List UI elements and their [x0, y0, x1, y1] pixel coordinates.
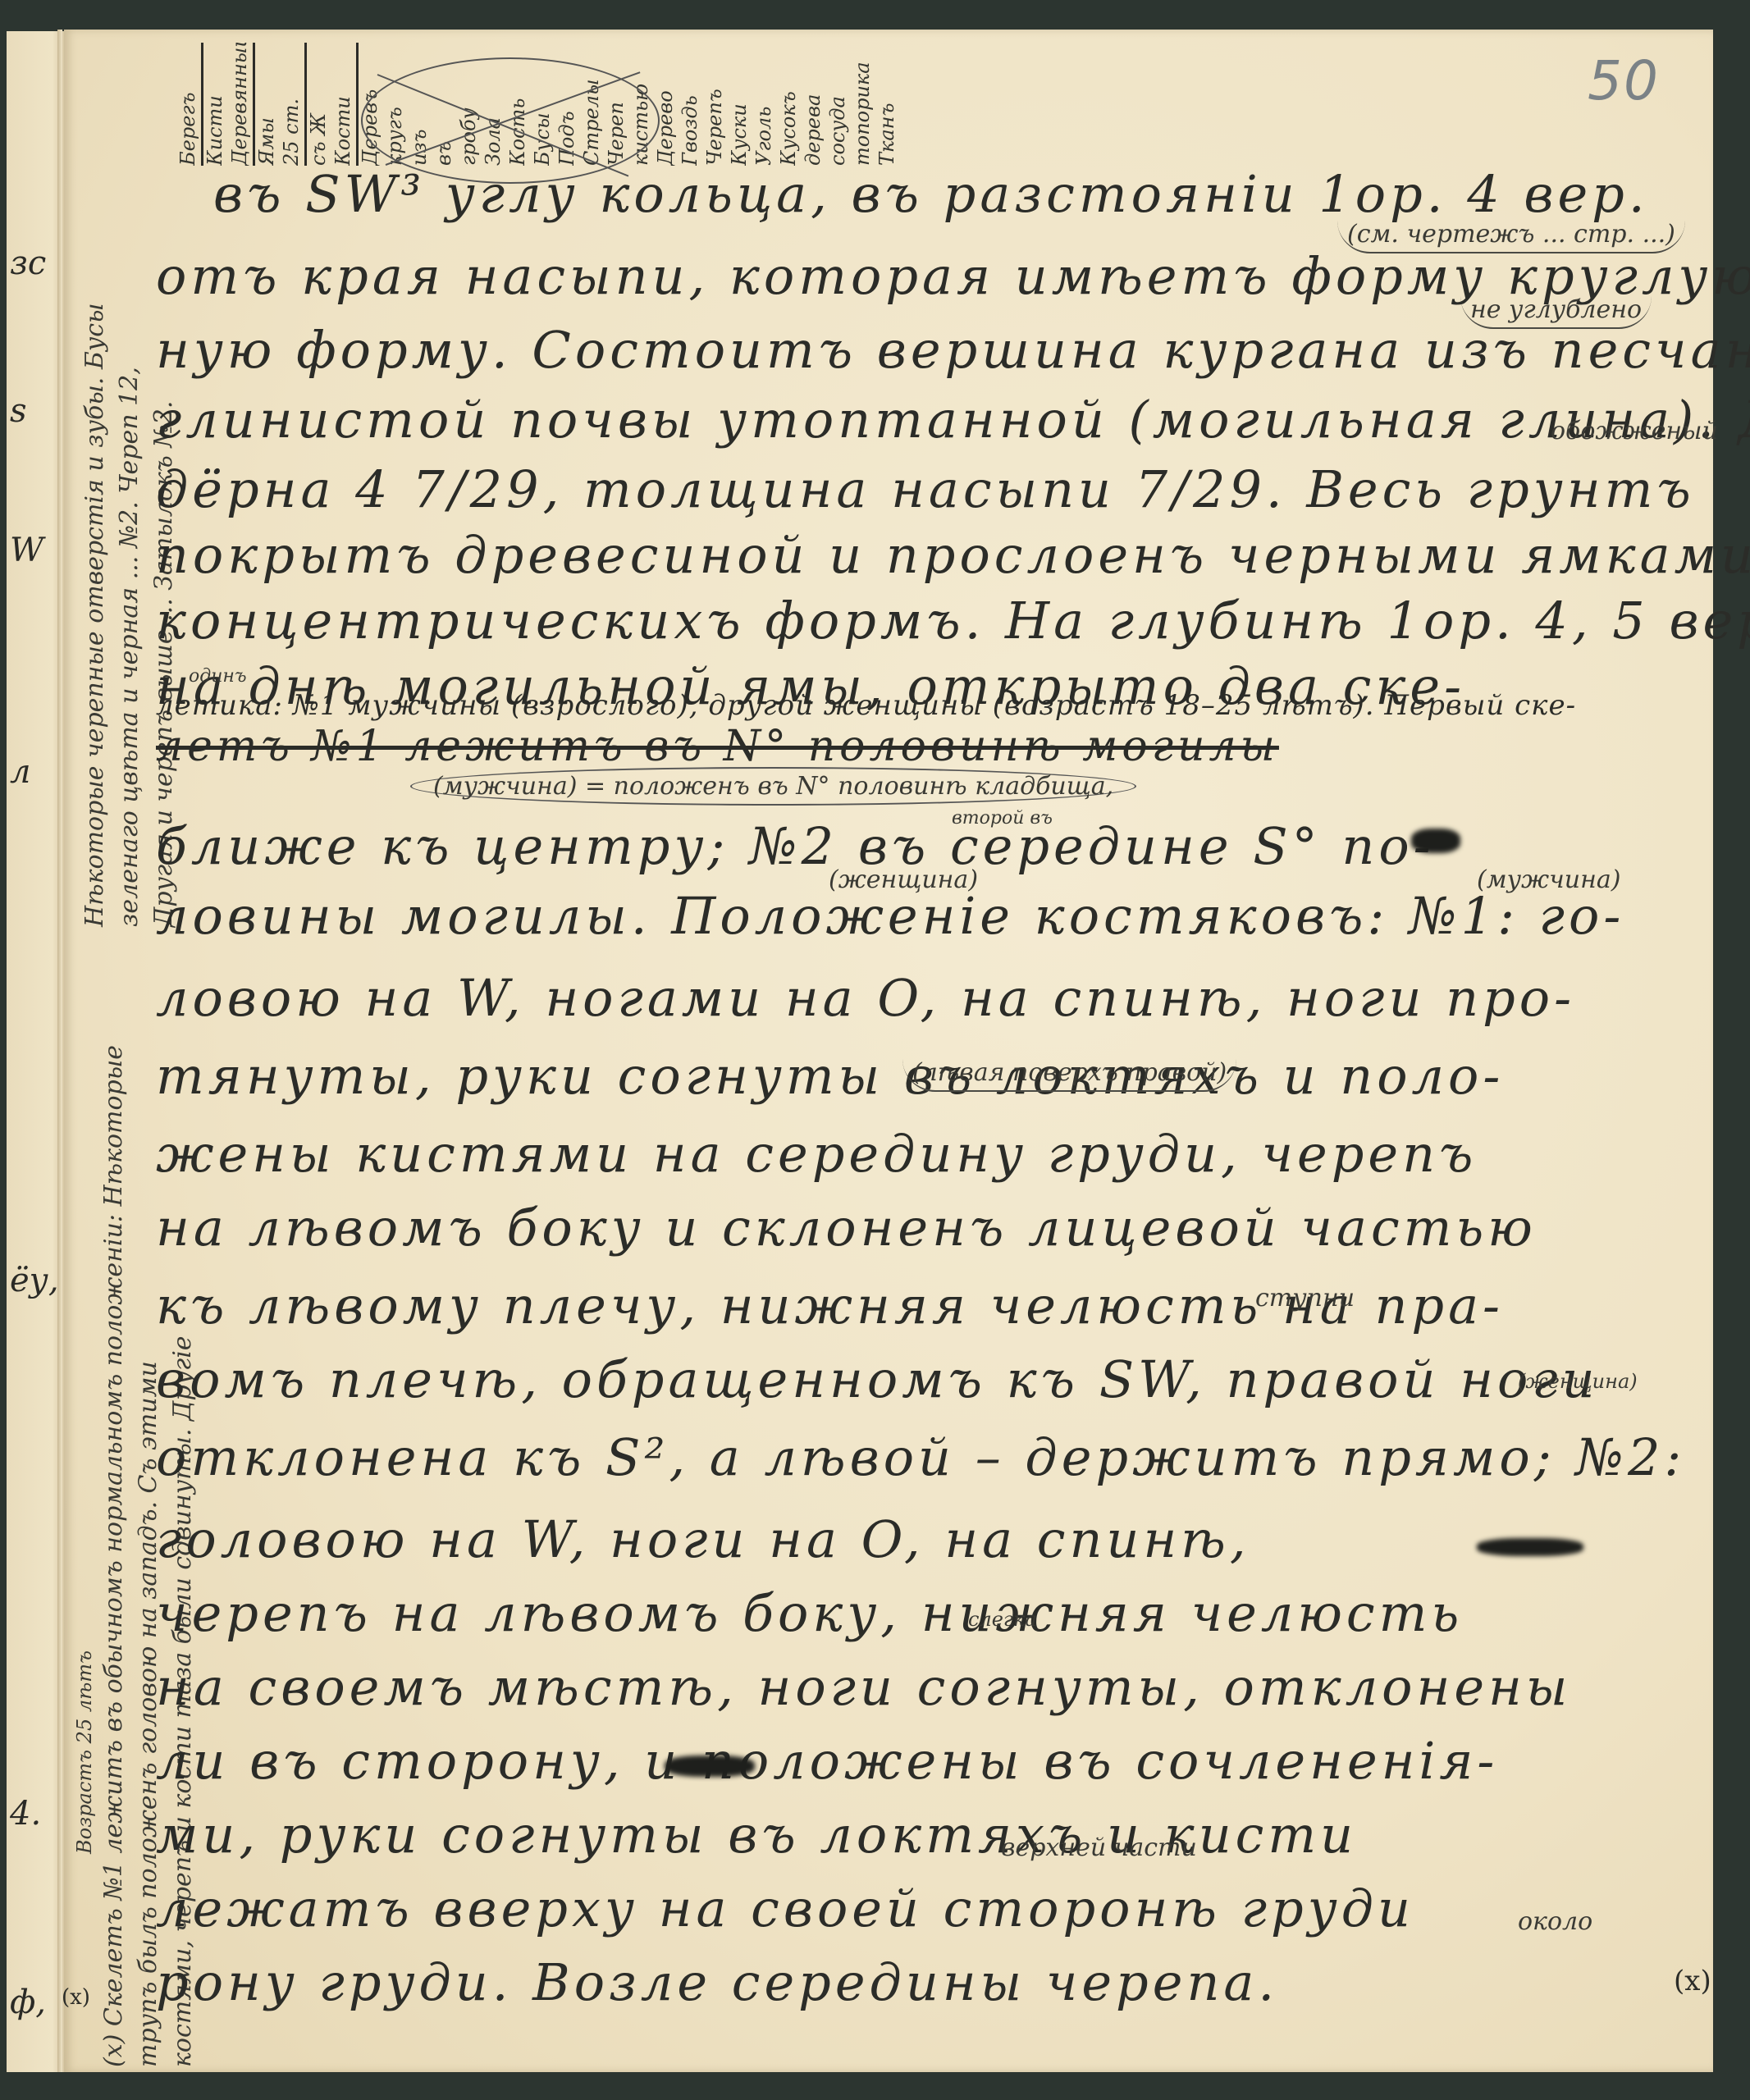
interlinear-insert: верхней части — [1001, 1833, 1197, 1862]
text-line: черепъ на лѣвомъ боку, нижняя челюсть — [156, 1583, 1463, 1643]
text-line: дёрна 4 7/29, толщина насыпи 7/29. Весь … — [156, 459, 1695, 519]
interlinear-insert: одинъ — [189, 666, 247, 687]
text-line-crossed: летика: №1 мужчины (взрослого), другой ж… — [156, 689, 1576, 722]
top-note: Черепъ — [703, 43, 728, 166]
top-note: Кисти — [203, 43, 228, 166]
left-page-fragment: ёу, — [10, 1262, 59, 1299]
interlinear-insert: слегка — [968, 1608, 1037, 1631]
left-page-fragment: 4. — [10, 1795, 41, 1833]
text-line: ную форму. Состоитъ вершина кургана изъ … — [156, 320, 1750, 380]
ink-blot — [665, 1755, 755, 1777]
text-line-struck: летъ №1 лежитъ въ N° половинѣ могилы — [156, 722, 1279, 771]
ink-blot — [1477, 1538, 1583, 1556]
page-number: 50 — [1588, 49, 1660, 112]
top-note: Гвоздь — [679, 43, 703, 166]
top-note: топорика — [851, 43, 875, 166]
text-line: концентрическихъ формъ. На глубинѣ 1ор. … — [156, 591, 1750, 651]
margin-note-line: (x) Скелетъ №1 лежитъ въ обычномъ нормал… — [97, 1045, 131, 2067]
top-note: Берегъ — [176, 43, 203, 166]
top-note: Уголь — [752, 43, 777, 166]
interlinear-insert: обожженый — [1551, 417, 1718, 445]
interlinear-insert: ступни — [1255, 1284, 1355, 1312]
top-note: съ Ж — [307, 43, 331, 166]
book-spine-fold — [57, 30, 62, 2072]
text-line: покрытъ древесиной и прослоенъ черными я… — [156, 525, 1750, 585]
top-note: Кусокъ — [777, 43, 802, 166]
text-line: ближе къ центру; №2 въ середине S° по- — [156, 816, 1435, 876]
text-line: глинистой почвы утоптанной (могильная гл… — [156, 390, 1750, 450]
top-note: Тканъ — [875, 43, 900, 166]
top-note: дерева — [802, 43, 826, 166]
margin-note-insert: Возрастъ 25 лѣтъ — [72, 1045, 97, 2067]
text-line: на своемъ мѣстѣ, ноги согнуты, отклонены — [156, 1657, 1571, 1717]
adjacent-page-strip: зс s W л ёу, 4. ф, — [7, 31, 64, 2072]
interlinear-insert: около — [1518, 1907, 1592, 1936]
text-line: отклонена къ S², а лѣвой – держитъ прямо… — [156, 1427, 1685, 1487]
footnote-marker: (x) — [1674, 1965, 1711, 1997]
margin-note-line: зеленаго цвѣта и черная ... №2. Череп 12… — [112, 303, 147, 927]
top-note: Ямы — [255, 43, 280, 166]
interlinear-insert: (мужчина) = положенъ въ N° половинѣ клад… — [410, 767, 1136, 806]
text-line: ловины могилы. Положеніе костяковъ: №1: … — [156, 886, 1624, 946]
left-page-fragment: зс — [10, 244, 46, 282]
margin-note-line: Нѣкоторые черепные отверстія и зубы. Бус… — [78, 303, 112, 927]
footnote-marker-margin: (x) — [62, 1985, 90, 2010]
text-line: головою на W, ноги на O, на спинѣ, — [156, 1509, 1250, 1569]
top-note: Деревянный — [228, 43, 255, 166]
top-note: Куски — [728, 43, 752, 166]
left-page-fragment: ф, — [10, 1984, 46, 2021]
top-note: сосуда — [826, 43, 851, 166]
interlinear-insert: (лѣвая поверхъ правой) — [902, 1058, 1236, 1092]
left-page-fragment: W — [10, 532, 43, 569]
left-page-fragment: s — [10, 392, 27, 430]
text-line: жены кистями на середину груди, черепъ — [156, 1124, 1477, 1184]
ink-blot — [1411, 829, 1460, 853]
text-line: ли въ сторону, и положены въ сочлененія- — [156, 1731, 1498, 1791]
text-line: рону груди. Возле середины черепа. — [156, 1952, 1278, 2012]
text-line: вомъ плечѣ, обращенномъ къ SW, правой но… — [156, 1349, 1599, 1409]
top-note: Кости — [331, 43, 359, 166]
text-line: на лѣвомъ боку и склоненъ лицевой частью — [156, 1198, 1537, 1258]
top-note: 25 ст. — [280, 43, 307, 166]
text-line: тянуты, руки согнуты въ локтяхъ и поло- — [156, 1046, 1504, 1106]
text-line: ловою на W, ногами на O, на спинѣ, ноги … — [156, 968, 1575, 1028]
text-line: лежатъ вверху на своей сторонѣ груди — [156, 1879, 1414, 1938]
top-note: Дерево — [654, 43, 679, 166]
text-line: въ SW³ углу кольца, въ разстояніи 1ор. 4… — [213, 164, 1649, 224]
left-page-fragment: л — [10, 753, 30, 791]
interlinear-insert: (женщина) — [1518, 1370, 1638, 1393]
